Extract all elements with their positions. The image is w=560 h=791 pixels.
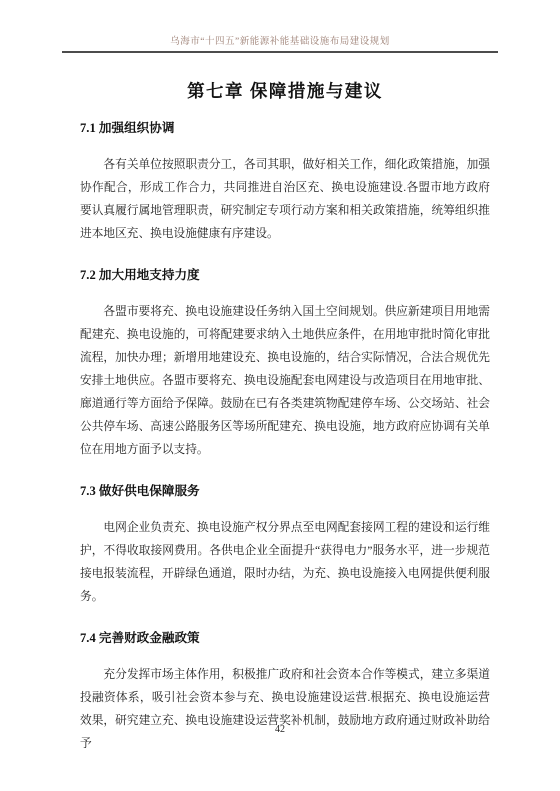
page-number: 42 — [0, 724, 560, 735]
section-7-4: 7.4 完善财政金融政策 充分发挥市场主体作用，积极推广政府和社会资本合作等模式… — [80, 630, 490, 755]
section-paragraph: 各盟市要将充、换电设施建设任务纳入国土空间规划。供应新建项目用地需配建充、换电设… — [80, 300, 490, 461]
page-content: 第七章 保障措施与建议 7.1 加强组织协调 各有关单位按照职责分工，各司其职，… — [0, 0, 560, 755]
section-paragraph: 各有关单位按照职责分工，各司其职，做好相关工作，细化政策措施，加强协作配合，形成… — [80, 153, 490, 245]
document-page: 乌海市“十四五”新能源补能基础设施布局建设规划 第七章 保障措施与建议 7.1 … — [0, 0, 560, 791]
section-heading-7-3: 7.3 做好供电保障服务 — [80, 483, 490, 499]
section-paragraph: 电网企业负责充、换电设施产权分界点至电网配套接网工程的建设和运行维护，不得收取接… — [80, 516, 490, 608]
section-heading-7-1: 7.1 加强组织协调 — [80, 120, 490, 136]
section-7-1: 7.1 加强组织协调 各有关单位按照职责分工，各司其职，做好相关工作，细化政策措… — [80, 120, 490, 245]
section-7-3: 7.3 做好供电保障服务 电网企业负责充、换电设施产权分界点至电网配套接网工程的… — [80, 483, 490, 608]
chapter-title: 第七章 保障措施与建议 — [80, 80, 490, 102]
section-heading-7-4: 7.4 完善财政金融政策 — [80, 630, 490, 646]
running-header: 乌海市“十四五”新能源补能基础设施布局建设规划 — [0, 33, 560, 47]
section-paragraph: 充分发挥市场主体作用，积极推广政府和社会资本合作等模式，建立多渠道投融资体系，吸… — [80, 663, 490, 755]
section-7-2: 7.2 加大用地支持力度 各盟市要将充、换电设施建设任务纳入国土空间规划。供应新… — [80, 267, 490, 461]
header-rule — [62, 51, 498, 53]
section-heading-7-2: 7.2 加大用地支持力度 — [80, 267, 490, 283]
